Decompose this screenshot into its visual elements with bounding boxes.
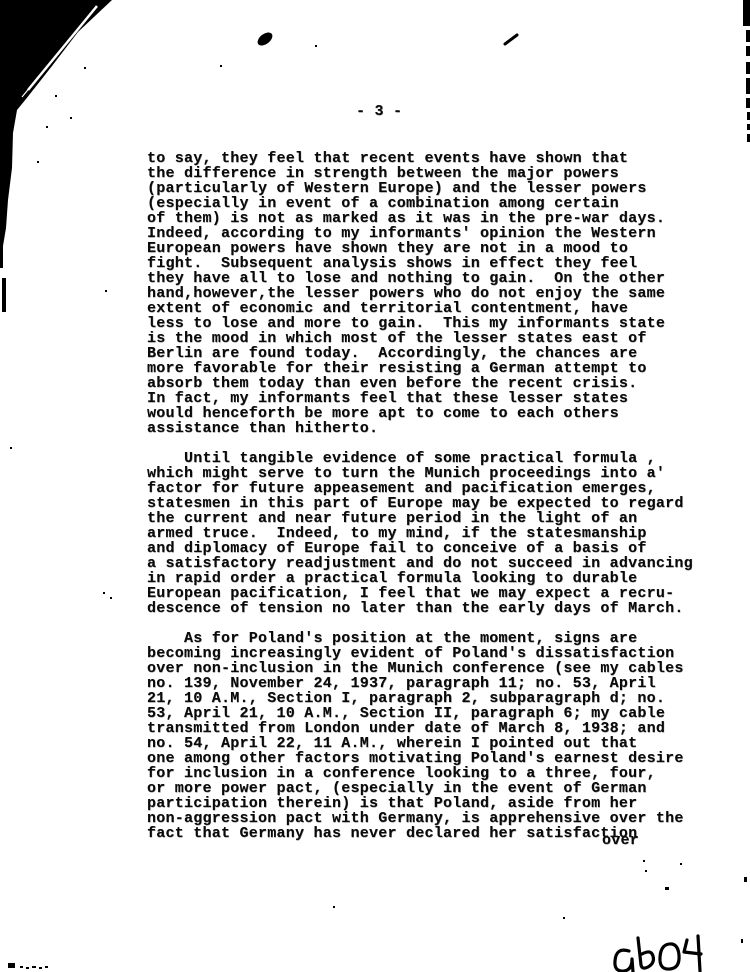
handwritten-annotation	[608, 933, 718, 972]
paragraph-2: Until tangible evidence of some practica…	[147, 451, 707, 616]
ink-blob	[255, 30, 275, 48]
scanned-document-page: - 3 - to say, they feel that recent even…	[0, 0, 750, 972]
paragraph-3: As for Poland's position at the moment, …	[147, 631, 707, 841]
continuation-word: over	[602, 833, 639, 848]
document-body: to say, they feel that recent events hav…	[147, 151, 707, 856]
ink-slash	[505, 35, 517, 44]
paragraph-1: to say, they feel that recent events hav…	[147, 151, 707, 436]
page-number: - 3 -	[356, 104, 402, 119]
corner-shadow	[0, 0, 112, 268]
